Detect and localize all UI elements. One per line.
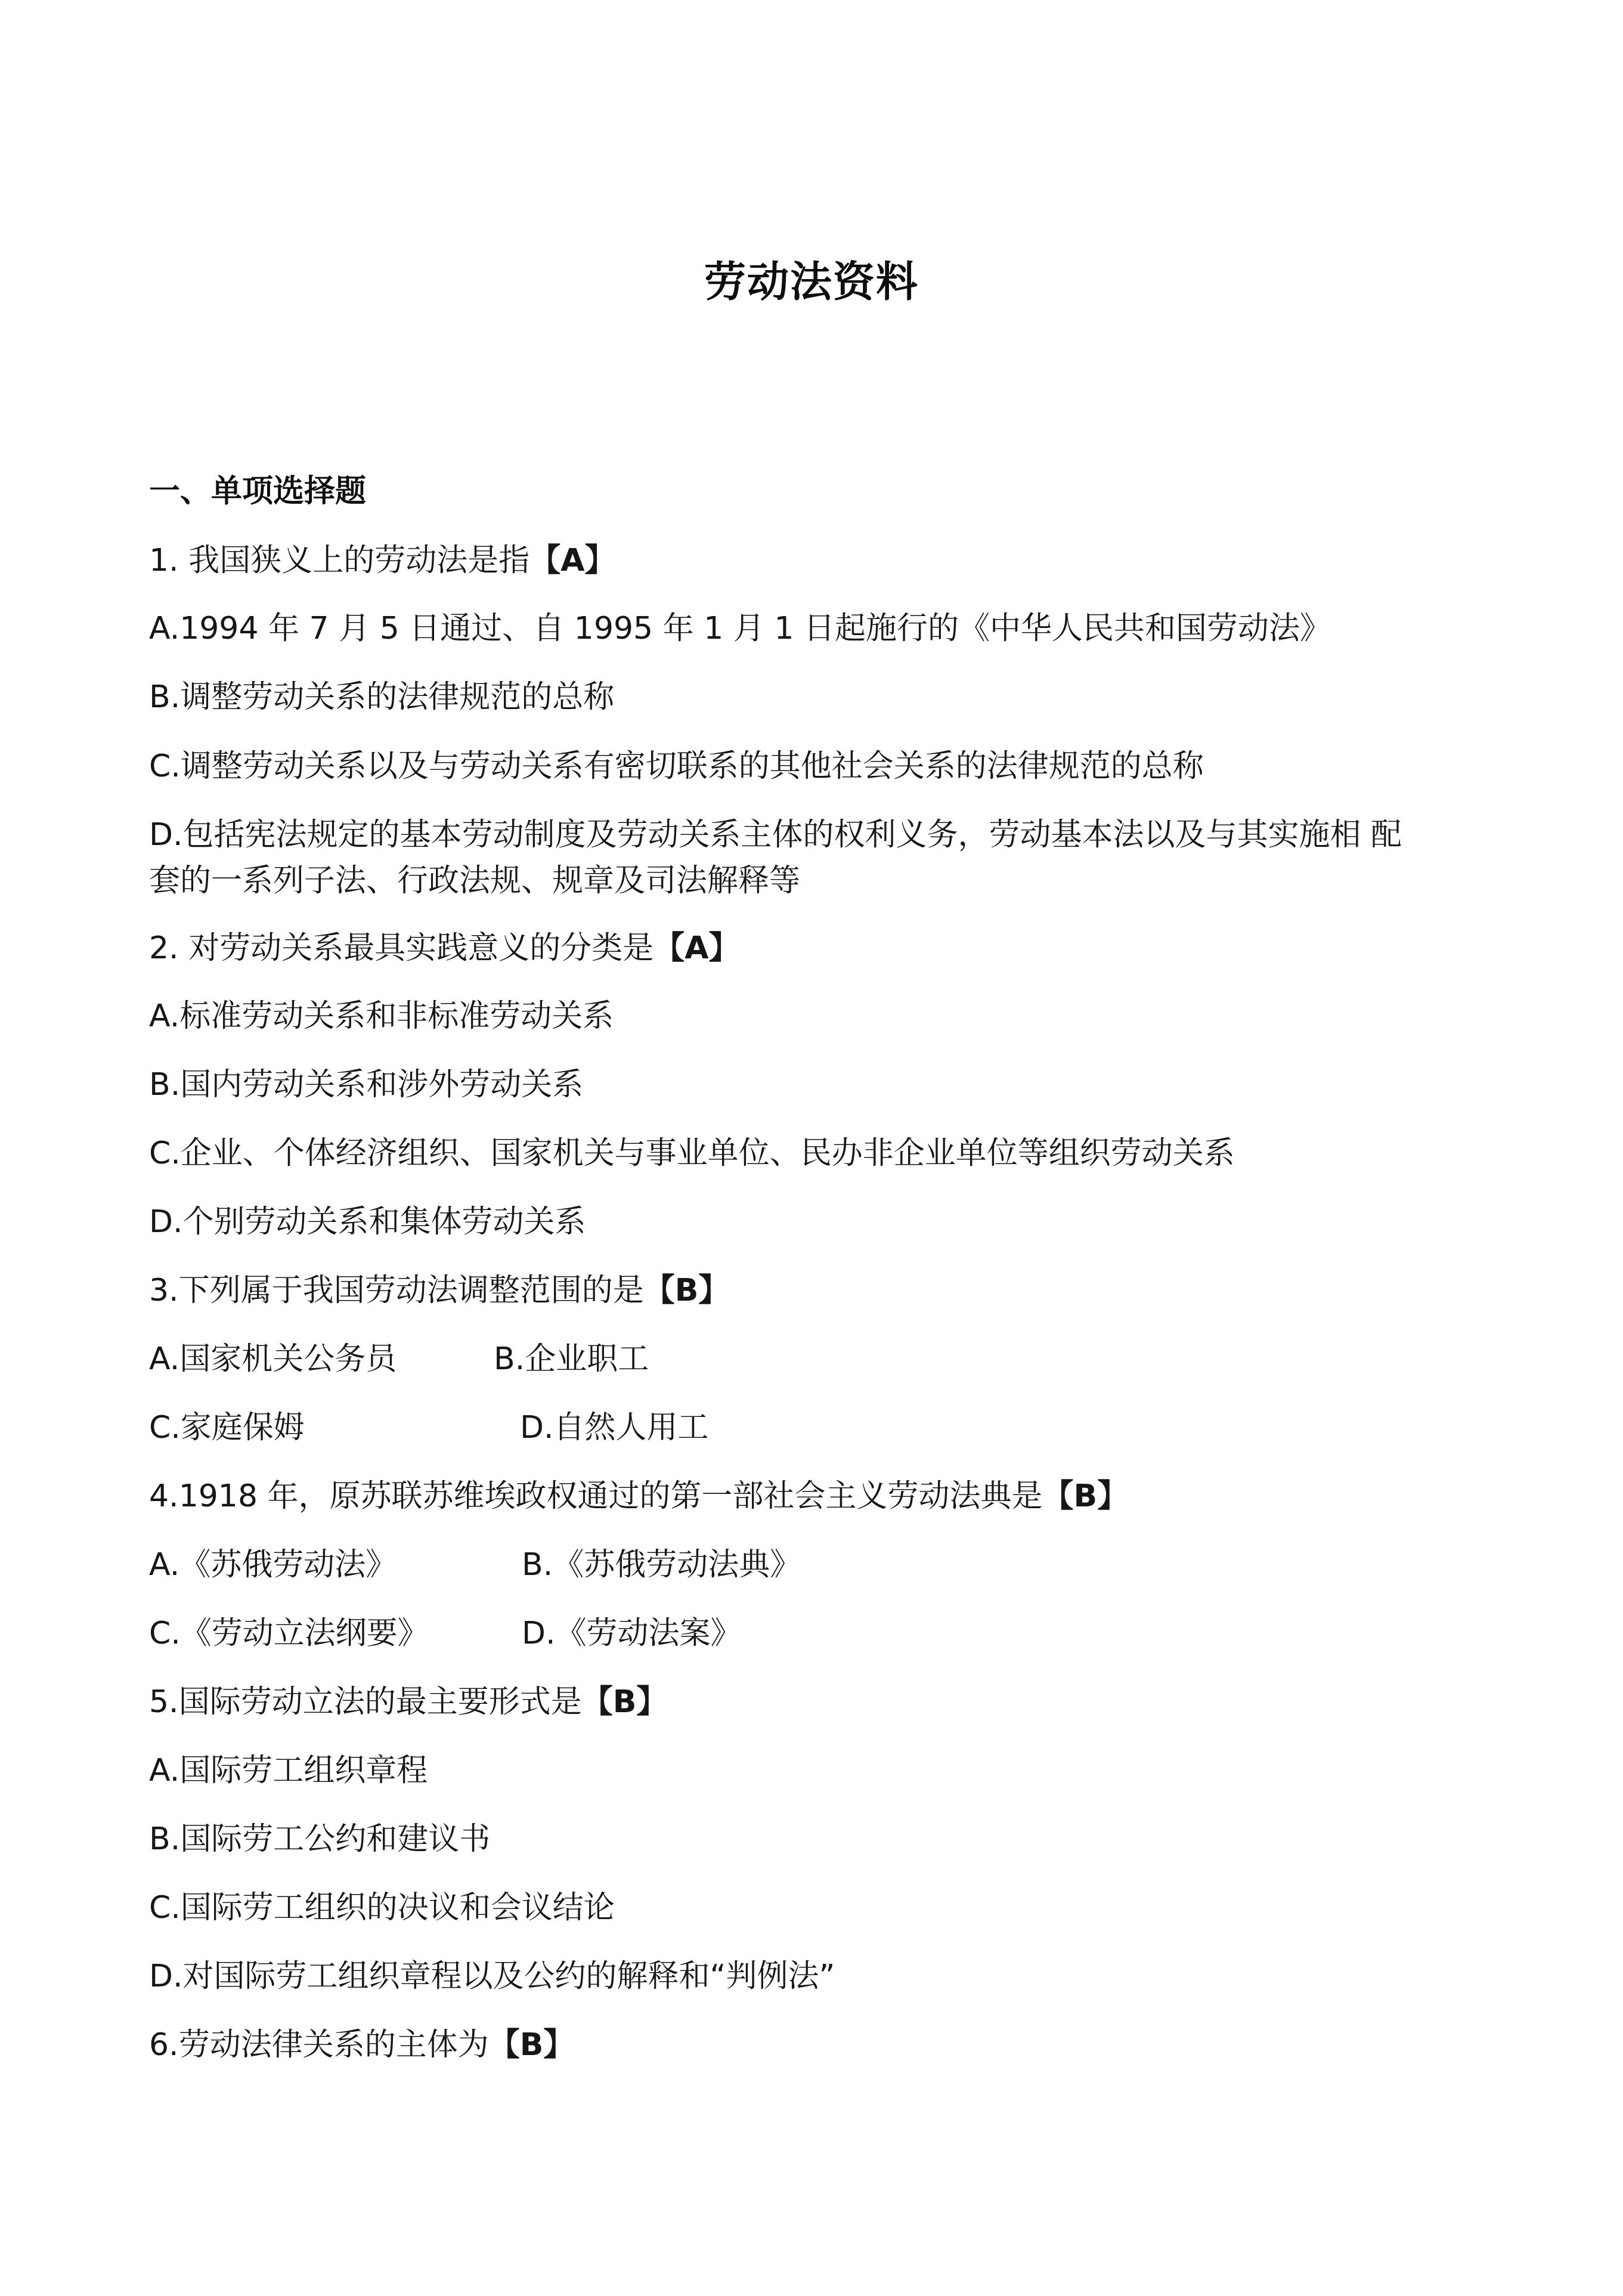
question-stem: 对劳动关系最具实践意义的分类是: [179, 930, 654, 966]
option-2a: A.标准劳动关系和非标准劳动关系: [149, 997, 614, 1035]
option-5a: A.国际劳工组织章程: [149, 1752, 428, 1790]
question-4: 4.1918 年，原苏联苏维埃政权通过的第一部社会主义劳动法典是【B】: [149, 1477, 1128, 1515]
question-number: 1.: [149, 543, 179, 578]
option-4d: D.《劳动法案》: [522, 1614, 742, 1653]
answer-key: 【B】: [489, 2027, 575, 2063]
question-number: 4.: [149, 1478, 179, 1514]
question-2: 2. 对劳动关系最具实践意义的分类是【A】: [149, 929, 739, 967]
option-3c: C.家庭保姆: [149, 1409, 305, 1447]
question-number: 2.: [149, 930, 179, 966]
answer-key: 【B】: [582, 1684, 668, 1720]
option-2c: C.企业、个体经济组织、国家机关与事业单位、民办非企业单位等组织劳动关系: [149, 1134, 1235, 1172]
option-5b: B.国际劳工公约和建议书: [149, 1820, 490, 1858]
question-stem: 国际劳动立法的最主要形式是: [179, 1684, 582, 1720]
document-page: 劳动法资料 一、单项选择题 1. 我国狭义上的劳动法是指【A】 A.1994 年…: [0, 0, 1623, 2296]
option-1d-line2: 套的一系列子法、行政法规、规章及司法解释等: [149, 862, 800, 900]
document-title: 劳动法资料: [0, 255, 1623, 309]
option-3a: A.国家机关公务员: [149, 1340, 397, 1378]
option-4c: C.《劳动立法纲要》: [149, 1614, 429, 1653]
question-3: 3.下列属于我国劳动法调整范围的是【B】: [149, 1271, 729, 1310]
question-stem: 1918 年，原苏联苏维埃政权通过的第一部社会主义劳动法典是: [179, 1478, 1043, 1514]
option-4a: A.《苏俄劳动法》: [149, 1546, 397, 1584]
question-1: 1. 我国狭义上的劳动法是指【A】: [149, 541, 615, 580]
answer-key: 【A】: [529, 543, 615, 578]
question-stem: 我国狭义上的劳动法是指: [179, 543, 530, 578]
answer-key: 【B】: [1043, 1478, 1129, 1514]
question-stem: 劳动法律关系的主体为: [179, 2027, 489, 2063]
question-number: 3.: [149, 1273, 179, 1308]
option-3d: D.自然人用工: [520, 1409, 709, 1447]
option-3b: B.企业职工: [494, 1340, 649, 1378]
answer-key: 【A】: [653, 930, 739, 966]
answer-key: 【B】: [644, 1273, 730, 1308]
question-6: 6.劳动法律关系的主体为【B】: [149, 2026, 574, 2064]
section-heading: 一、单项选择题: [149, 472, 366, 510]
option-5c: C.国际劳工组织的决议和会议结论: [149, 1889, 615, 1927]
question-number: 5.: [149, 1684, 179, 1720]
option-4b: B.《苏俄劳动法典》: [522, 1546, 801, 1584]
option-1c: C.调整劳动关系以及与劳动关系有密切联系的其他社会关系的法律规范的总称: [149, 747, 1204, 785]
option-2b: B.国内劳动关系和涉外劳动关系: [149, 1066, 583, 1104]
question-number: 6.: [149, 2027, 179, 2063]
option-5d: D.对国际劳工组织章程以及公约的解释和“判例法”: [149, 1957, 835, 1995]
question-5: 5.国际劳动立法的最主要形式是【B】: [149, 1683, 667, 1721]
option-1b: B.调整劳动关系的法律规范的总称: [149, 678, 614, 716]
option-2d: D.个别劳动关系和集体劳动关系: [149, 1203, 586, 1241]
question-stem: 下列属于我国劳动法调整范围的是: [179, 1273, 644, 1308]
option-1d-line1: D.包括宪法规定的基本劳动制度及劳动关系主体的权利义务，劳动基本法以及与其实施相…: [149, 816, 1402, 854]
option-1a: A.1994 年 7 月 5 日通过、自 1995 年 1 月 1 日起施行的《…: [149, 609, 1331, 648]
